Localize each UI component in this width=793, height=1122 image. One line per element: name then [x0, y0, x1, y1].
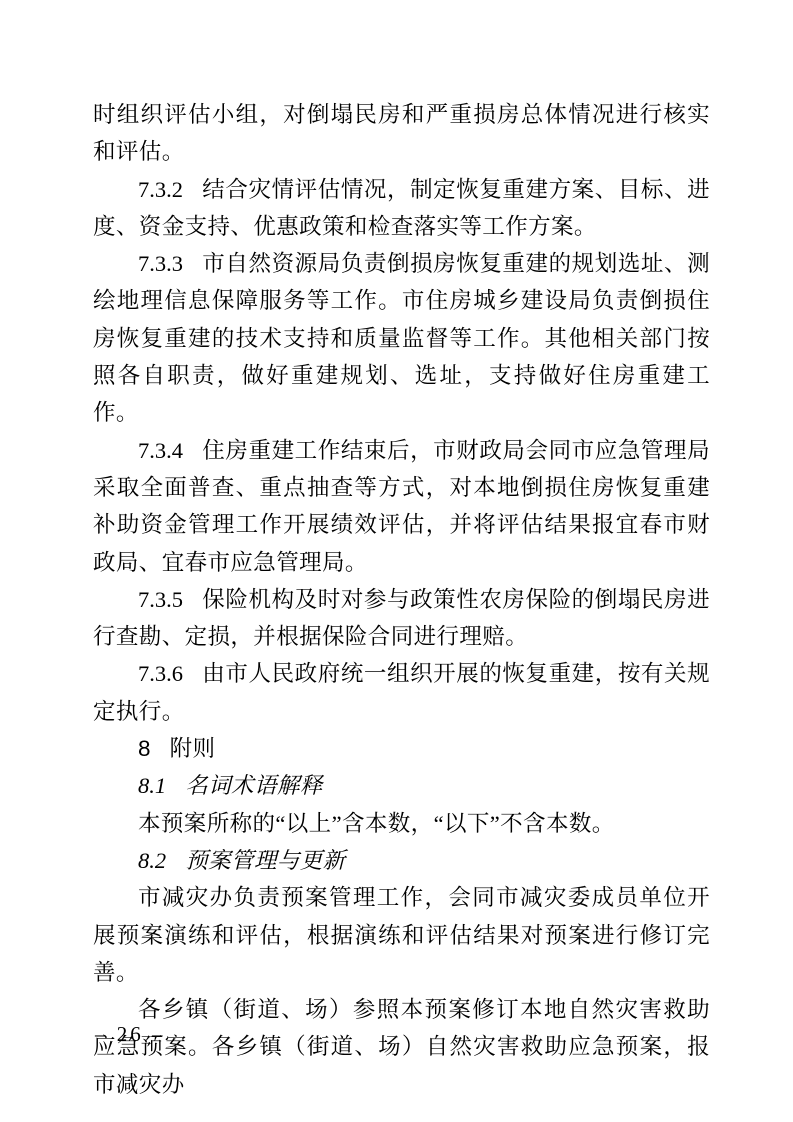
clause-7-3-2: 7.3.2结合灾情评估情况，制定恢复重建方案、目标、进度、资金支持、优惠政策和检… — [93, 171, 710, 246]
heading-text: 附则 — [170, 736, 216, 761]
definition-paragraph: 本预案所称的“以上”含本数，“以下”不含本数。 — [93, 805, 710, 842]
section-8-2-heading: 8.2预案管理与更新 — [93, 842, 710, 879]
heading-text: 名词术语解释 — [185, 773, 322, 798]
township-plan-paragraph: 各乡镇（街道、场）参照本预案修订本地自然灾害救助应急预案。各乡镇（街道、场）自然… — [93, 991, 710, 1103]
section-8-1-heading: 8.1名词术语解释 — [93, 767, 710, 804]
clause-number: 7.3.4 — [138, 438, 183, 463]
continuation-paragraph: 时组织评估小组，对倒塌民房和严重损房总体情况进行核实和评估。 — [93, 96, 710, 171]
clause-number: 7.3.3 — [138, 251, 183, 276]
paragraph-text: 本预案所称的“以上”含本数，“以下”不含本数。 — [138, 811, 615, 836]
paragraph-text: 市自然资源局负责倒损房恢复重建的规划选址、测绘地理信息保障服务等工作。市住房城乡… — [93, 251, 710, 425]
plan-management-paragraph: 市减灾办负责预案管理工作，会同市减灾委成员单位开展预案演练和评估，根据演练和评估… — [93, 879, 710, 991]
section-8-heading: 8附则 — [93, 730, 710, 767]
paragraph-text: 住房重建工作结束后，市财政局会同市应急管理局采取全面普查、重点抽查等方式，对本地… — [93, 438, 710, 575]
clause-number: 7.3.5 — [138, 587, 183, 612]
heading-text: 预案管理与更新 — [185, 848, 345, 873]
document-page: 时组织评估小组，对倒塌民房和严重损房总体情况进行核实和评估。 7.3.2结合灾情… — [0, 0, 793, 1122]
clause-number: 7.3.2 — [138, 177, 183, 202]
clause-7-3-5: 7.3.5保险机构及时对参与政策性农房保险的倒塌民房进行查勘、定损，并根据保险合… — [93, 581, 710, 656]
clause-7-3-3: 7.3.3市自然资源局负责倒损房恢复重建的规划选址、测绘地理信息保障服务等工作。… — [93, 245, 710, 431]
page-number: – 26 – — [95, 1021, 166, 1047]
section-number: 8 — [138, 736, 151, 761]
paragraph-text: 各乡镇（街道、场）参照本预案修订本地自然灾害救助应急预案。各乡镇（街道、场）自然… — [93, 997, 710, 1097]
section-number: 8.2 — [138, 848, 166, 873]
clause-7-3-4: 7.3.4住房重建工作结束后，市财政局会同市应急管理局采取全面普查、重点抽查等方… — [93, 432, 710, 581]
clause-7-3-6: 7.3.6由市人民政府统一组织开展的恢复重建，按有关规定执行。 — [93, 655, 710, 730]
paragraph-text: 市减灾办负责预案管理工作，会同市减灾委成员单位开展预案演练和评估，根据演练和评估… — [93, 885, 710, 985]
paragraph-text: 保险机构及时对参与政策性农房保险的倒塌民房进行查勘、定损，并根据保险合同进行理赔… — [93, 587, 710, 649]
paragraph-text: 结合灾情评估情况，制定恢复重建方案、目标、进度、资金支持、优惠政策和检查落实等工… — [93, 177, 710, 239]
paragraph-text: 由市人民政府统一组织开展的恢复重建，按有关规定执行。 — [93, 661, 710, 723]
clause-number: 7.3.6 — [138, 661, 183, 686]
document-body: 时组织评估小组，对倒塌民房和严重损房总体情况进行核实和评估。 7.3.2结合灾情… — [93, 96, 710, 1103]
section-number: 8.1 — [138, 773, 166, 798]
paragraph-text: 时组织评估小组，对倒塌民房和严重损房总体情况进行核实和评估。 — [93, 102, 710, 164]
